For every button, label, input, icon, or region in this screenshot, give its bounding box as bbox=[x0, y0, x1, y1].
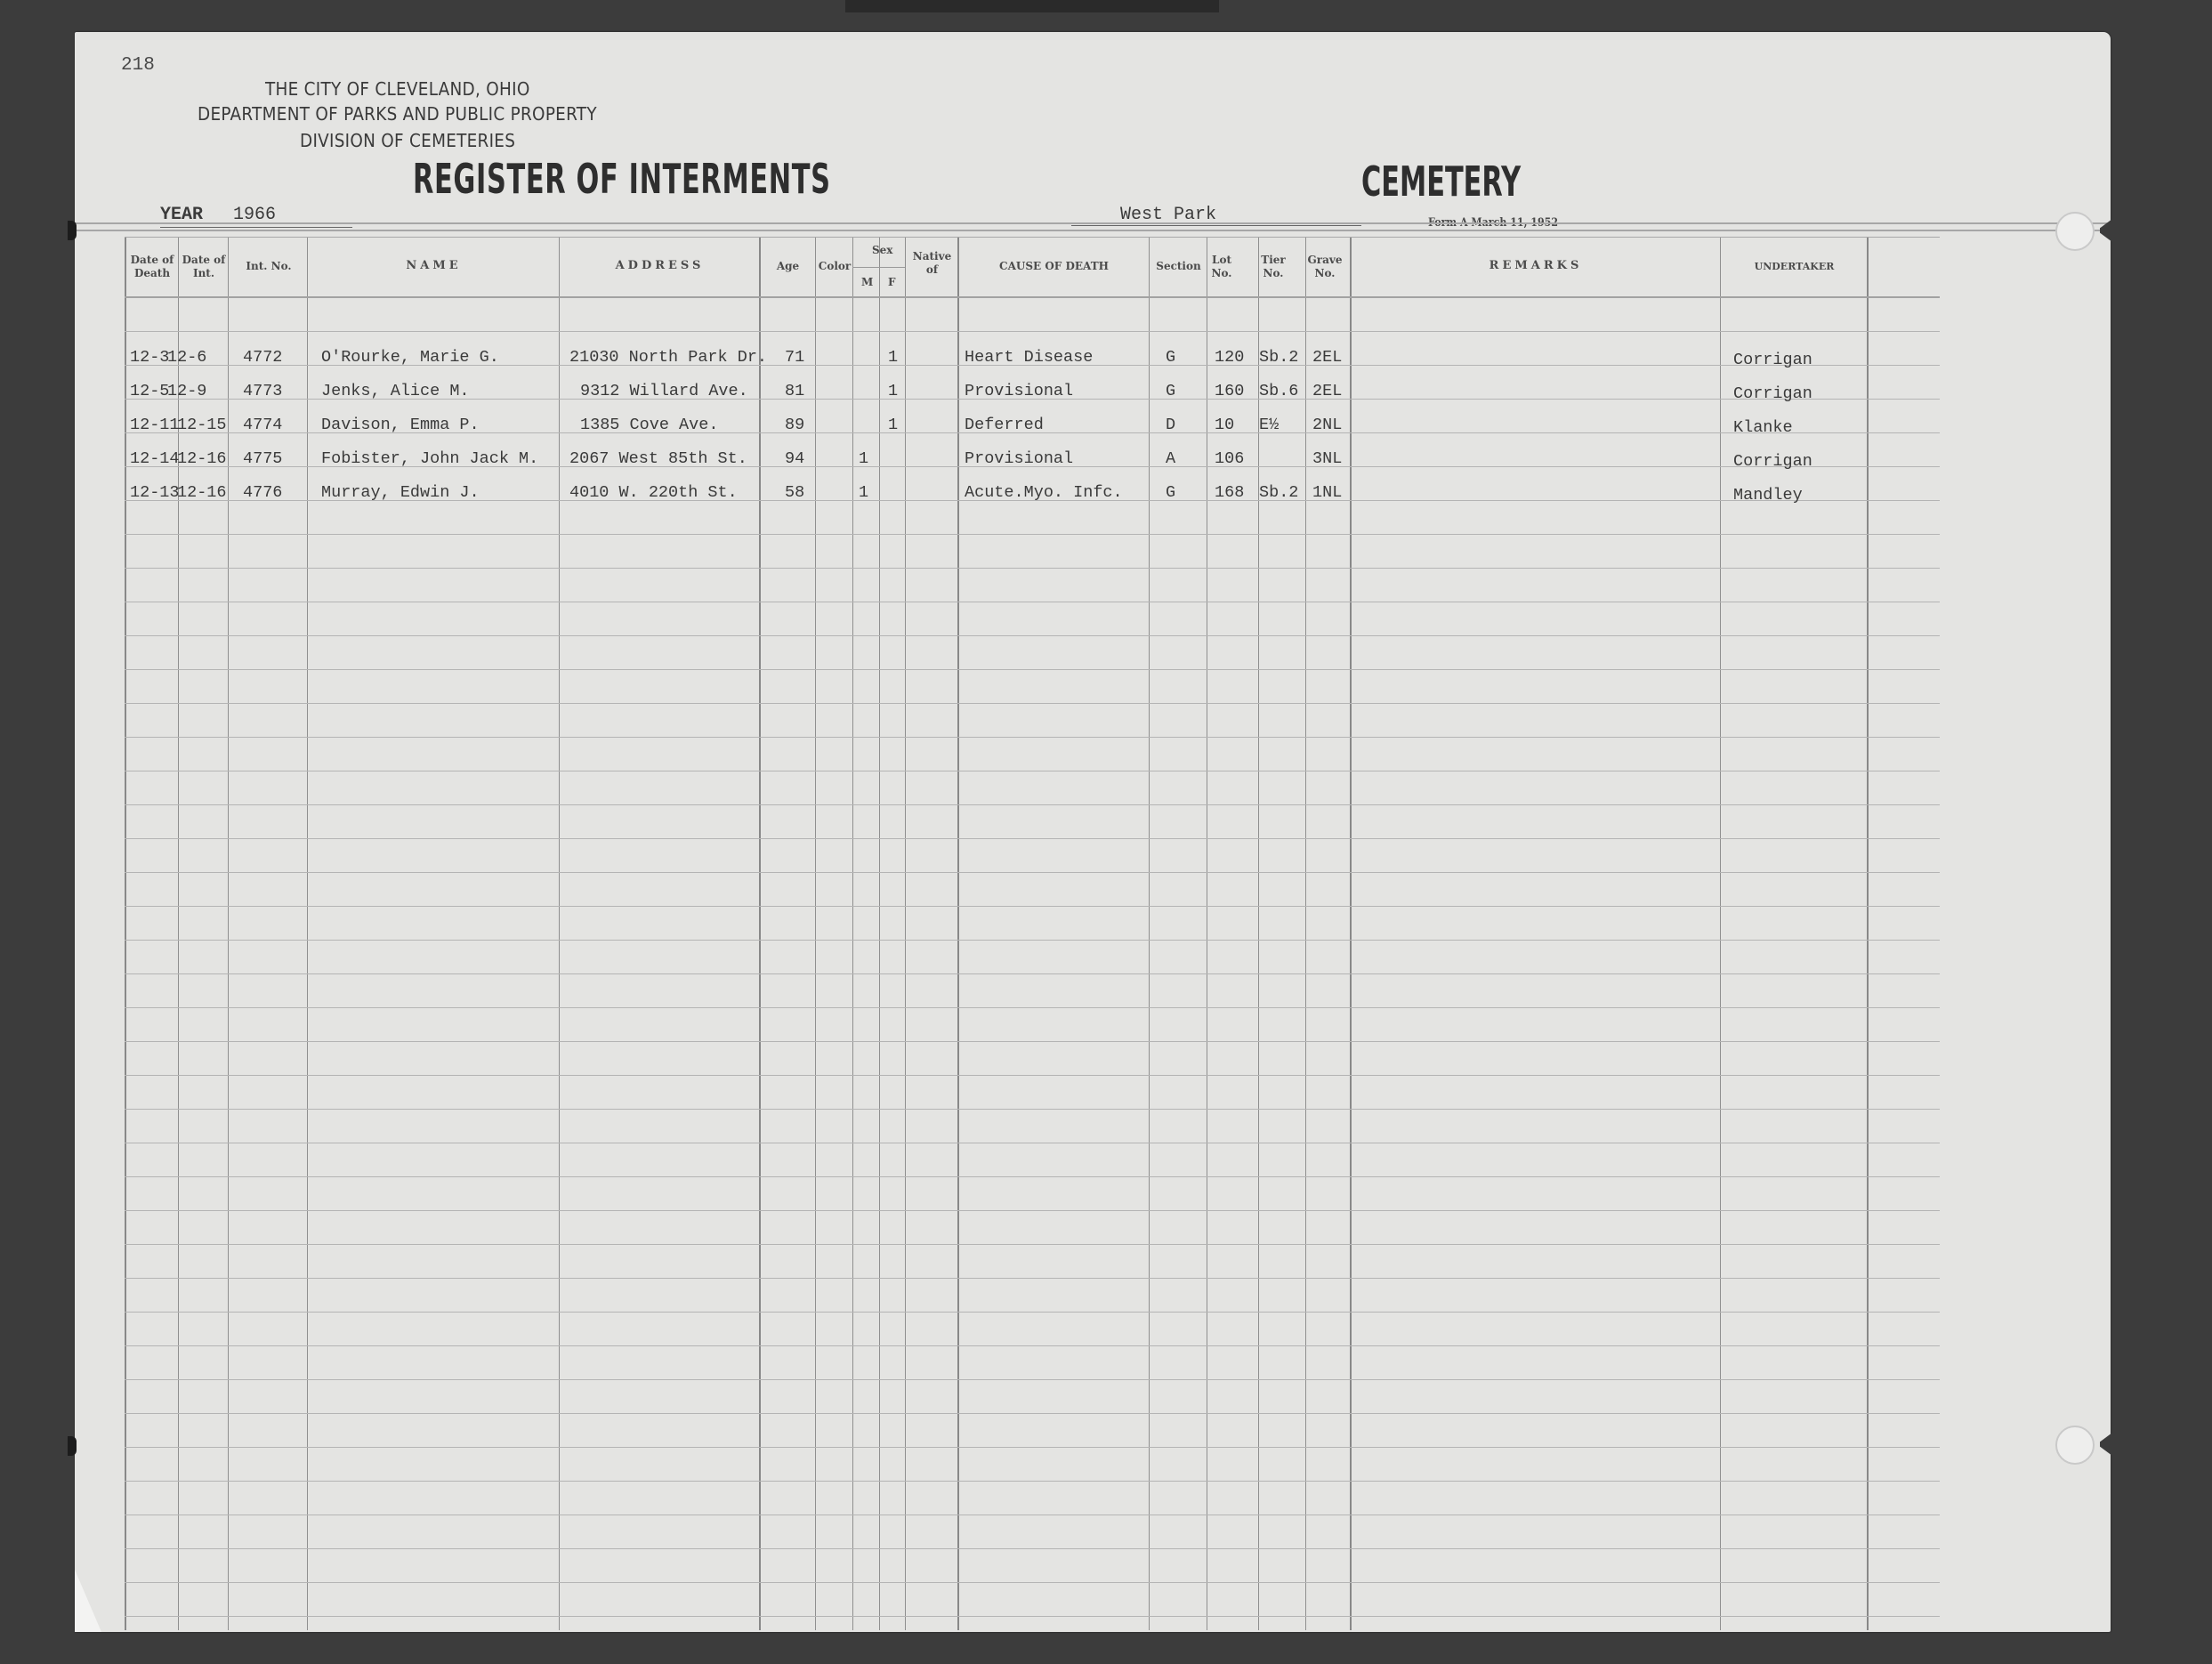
row-rule bbox=[125, 1109, 1940, 1110]
cell-lot-no: 160 bbox=[1215, 378, 1244, 405]
row-rule bbox=[125, 771, 1940, 771]
cell-date-of-int: 12-15 bbox=[177, 412, 227, 439]
col-line bbox=[1305, 237, 1306, 1630]
cell-lot-no: 168 bbox=[1215, 480, 1244, 506]
cell-name: Davison, Emma P. bbox=[321, 412, 480, 439]
cell-cause-of-death: Provisional bbox=[965, 446, 1073, 473]
cell-cause-of-death: Heart Disease bbox=[965, 344, 1093, 371]
cell-name: Jenks, Alice M. bbox=[321, 378, 470, 405]
cell-address: 9312 Willard Ave. bbox=[580, 378, 748, 405]
row-rule bbox=[125, 1041, 1940, 1042]
binder-notch-bottom bbox=[2100, 1433, 2112, 1456]
cell-tier-no: Sb.2 bbox=[1259, 344, 1298, 371]
row-rule bbox=[125, 602, 1940, 602]
col-header-tier-no: Tier No. bbox=[1260, 237, 1287, 296]
col-header-undertaker: UNDERTAKER bbox=[1722, 237, 1867, 296]
col-header-remarks: REMARKS bbox=[1352, 237, 1720, 296]
row-rule bbox=[125, 1481, 1940, 1482]
row-rule bbox=[125, 1447, 1940, 1448]
header-department: DEPARTMENT OF PARKS AND PUBLIC PROPERTY bbox=[198, 103, 597, 125]
cell-name: Murray, Edwin J. bbox=[321, 480, 480, 506]
cell-grave-no: 2EL bbox=[1312, 344, 1342, 371]
row-rule bbox=[125, 1515, 1940, 1515]
cell-undertaker: Klanke bbox=[1733, 415, 1793, 441]
cell-date-of-death: 12-3 bbox=[130, 344, 169, 371]
cell-lot-no: 120 bbox=[1215, 344, 1244, 371]
col-line bbox=[815, 237, 816, 1630]
col-header-name: NAME bbox=[309, 237, 559, 296]
cell-age: 94 bbox=[785, 446, 804, 473]
cell-date-of-death: 12-5 bbox=[130, 378, 169, 405]
col-line bbox=[1149, 237, 1150, 1630]
col-line bbox=[1258, 237, 1259, 1630]
page-title: REGISTER OF INTERMENTS bbox=[413, 155, 831, 203]
row-rule bbox=[125, 1210, 1940, 1211]
row-rule bbox=[125, 1176, 1940, 1177]
cell-tier-no: E½ bbox=[1259, 412, 1279, 439]
cell-name: Fobister, John Jack M. bbox=[321, 446, 538, 473]
sex-subrule bbox=[852, 267, 905, 268]
header-row-rule bbox=[125, 296, 1940, 298]
col-line bbox=[307, 237, 308, 1630]
col-header-native-of: Native of bbox=[907, 237, 957, 290]
cell-address: 21030 North Park Dr. bbox=[569, 344, 767, 371]
binder-hole-top bbox=[2055, 212, 2095, 251]
header-city: THE CITY OF CLEVELAND, OHIO bbox=[265, 78, 530, 100]
row-rule bbox=[125, 669, 1940, 670]
cell-undertaker: Corrigan bbox=[1733, 448, 1812, 475]
col-header-sex-m: M bbox=[861, 276, 873, 288]
row-rule bbox=[125, 1413, 1940, 1414]
cell-section: G bbox=[1166, 344, 1175, 371]
col-header-grave-no: Grave No. bbox=[1307, 237, 1343, 296]
cell-int-no: 4773 bbox=[243, 378, 282, 405]
col-line bbox=[1867, 237, 1869, 1630]
col-header-age: Age bbox=[761, 237, 815, 296]
header-rule bbox=[75, 222, 2111, 231]
cell-date-of-death: 12-14 bbox=[130, 446, 180, 473]
col-header-date-of-death: Date of Death bbox=[126, 237, 178, 296]
cell-date-of-int: 12-16 bbox=[177, 480, 227, 506]
col-line bbox=[559, 237, 560, 1630]
cell-sex-m: 1 bbox=[859, 446, 868, 473]
cell-grave-no: 2NL bbox=[1312, 412, 1342, 439]
col-header-sex-f: F bbox=[888, 276, 896, 288]
cell-undertaker: Corrigan bbox=[1733, 381, 1812, 408]
row-rule bbox=[125, 1244, 1940, 1245]
scan-border bbox=[845, 0, 1219, 12]
row-rule bbox=[125, 568, 1940, 569]
row-rule bbox=[125, 331, 1940, 332]
row-rule bbox=[125, 1312, 1940, 1313]
col-header-section: Section bbox=[1150, 237, 1207, 296]
cell-address: 1385 Cove Ave. bbox=[580, 412, 718, 439]
col-line bbox=[879, 237, 880, 1630]
cell-date-of-int: 12-6 bbox=[167, 344, 206, 371]
row-rule bbox=[125, 1075, 1940, 1076]
register-page: 218 THE CITY OF CLEVELAND, OHIO DEPARTME… bbox=[75, 32, 2111, 1632]
binder-tab-top bbox=[68, 221, 77, 240]
cell-sex-f: 1 bbox=[888, 344, 898, 371]
col-header-lot-no: Lot No. bbox=[1208, 237, 1235, 296]
row-rule bbox=[125, 872, 1940, 873]
cell-tier-no: Sb.2 bbox=[1259, 480, 1298, 506]
cell-tier-no: Sb.6 bbox=[1259, 378, 1298, 405]
cell-int-no: 4772 bbox=[243, 344, 282, 371]
register-table: Date of Death Date of Int. Int. No. NAME… bbox=[125, 237, 1940, 1630]
cell-undertaker: Mandley bbox=[1733, 482, 1803, 509]
row-rule bbox=[125, 906, 1940, 907]
cell-cause-of-death: Provisional bbox=[965, 378, 1073, 405]
col-line bbox=[905, 237, 906, 1630]
row-rule bbox=[125, 1345, 1940, 1346]
cell-date-of-int: 12-16 bbox=[177, 446, 227, 473]
row-rule bbox=[125, 1379, 1940, 1380]
row-rule bbox=[125, 804, 1940, 805]
row-rule bbox=[125, 1616, 1940, 1617]
cell-date-of-death: 12-11 bbox=[130, 412, 180, 439]
binder-tab-bottom bbox=[68, 1436, 77, 1456]
col-header-color: Color bbox=[817, 237, 852, 296]
col-line bbox=[759, 237, 761, 1630]
cell-age: 58 bbox=[785, 480, 804, 506]
col-header-sex: Sex bbox=[872, 244, 892, 256]
row-rule bbox=[125, 703, 1940, 704]
col-header-address: ADDRESS bbox=[561, 237, 759, 296]
col-header-int-no: Int. No. bbox=[230, 237, 295, 296]
row-rule bbox=[125, 1007, 1940, 1008]
row-rule bbox=[125, 1582, 1940, 1583]
page-number: 218 bbox=[121, 55, 155, 76]
col-header-cause-of-death: CAUSE OF DEATH bbox=[959, 237, 1149, 296]
cell-age: 81 bbox=[785, 378, 804, 405]
col-line bbox=[1720, 237, 1721, 1630]
col-line bbox=[852, 237, 853, 1630]
row-rule bbox=[125, 1548, 1940, 1549]
cell-lot-no: 10 bbox=[1215, 412, 1234, 439]
row-rule bbox=[125, 940, 1940, 941]
cell-section: A bbox=[1166, 446, 1175, 473]
folded-corner bbox=[75, 1570, 101, 1632]
cell-sex-f: 1 bbox=[888, 378, 898, 405]
cell-name: O'Rourke, Marie G. bbox=[321, 344, 499, 371]
cell-sex-m: 1 bbox=[859, 480, 868, 506]
cell-date-of-int: 12-9 bbox=[167, 378, 206, 405]
cell-section: D bbox=[1166, 412, 1175, 439]
cell-age: 71 bbox=[785, 344, 804, 371]
row-rule bbox=[125, 635, 1940, 636]
cell-grave-no: 1NL bbox=[1312, 480, 1342, 506]
row-rule bbox=[125, 973, 1940, 974]
row-rule bbox=[125, 534, 1940, 535]
row-rule bbox=[125, 1278, 1940, 1279]
binder-hole-bottom bbox=[2055, 1426, 2095, 1465]
cemetery-title: CEMETERY bbox=[1361, 158, 1521, 206]
header-division: DIVISION OF CEMETERIES bbox=[300, 130, 515, 151]
cell-age: 89 bbox=[785, 412, 804, 439]
cell-address: 2067 West 85th St. bbox=[569, 446, 747, 473]
cell-cause-of-death: Deferred bbox=[965, 412, 1044, 439]
cell-section: G bbox=[1166, 480, 1175, 506]
cell-sex-f: 1 bbox=[888, 412, 898, 439]
col-line bbox=[957, 237, 959, 1630]
cell-int-no: 4774 bbox=[243, 412, 282, 439]
cell-address: 4010 W. 220th St. bbox=[569, 480, 738, 506]
col-line bbox=[228, 237, 229, 1630]
col-line bbox=[125, 237, 126, 1630]
cell-undertaker: Corrigan bbox=[1733, 347, 1812, 374]
row-rule bbox=[125, 737, 1940, 738]
cell-section: G bbox=[1166, 378, 1175, 405]
col-header-date-of-int: Date of Int. bbox=[180, 237, 228, 296]
cell-lot-no: 106 bbox=[1215, 446, 1244, 473]
cell-grave-no: 3NL bbox=[1312, 446, 1342, 473]
col-line bbox=[1350, 237, 1352, 1630]
cell-cause-of-death: Acute.Myo. Infc. bbox=[965, 480, 1123, 506]
cell-int-no: 4776 bbox=[243, 480, 282, 506]
cell-date-of-death: 12-13 bbox=[130, 480, 180, 506]
cell-grave-no: 2EL bbox=[1312, 378, 1342, 405]
row-rule bbox=[125, 838, 1940, 839]
cell-int-no: 4775 bbox=[243, 446, 282, 473]
col-line bbox=[1207, 237, 1207, 1630]
row-rule bbox=[125, 1143, 1940, 1143]
